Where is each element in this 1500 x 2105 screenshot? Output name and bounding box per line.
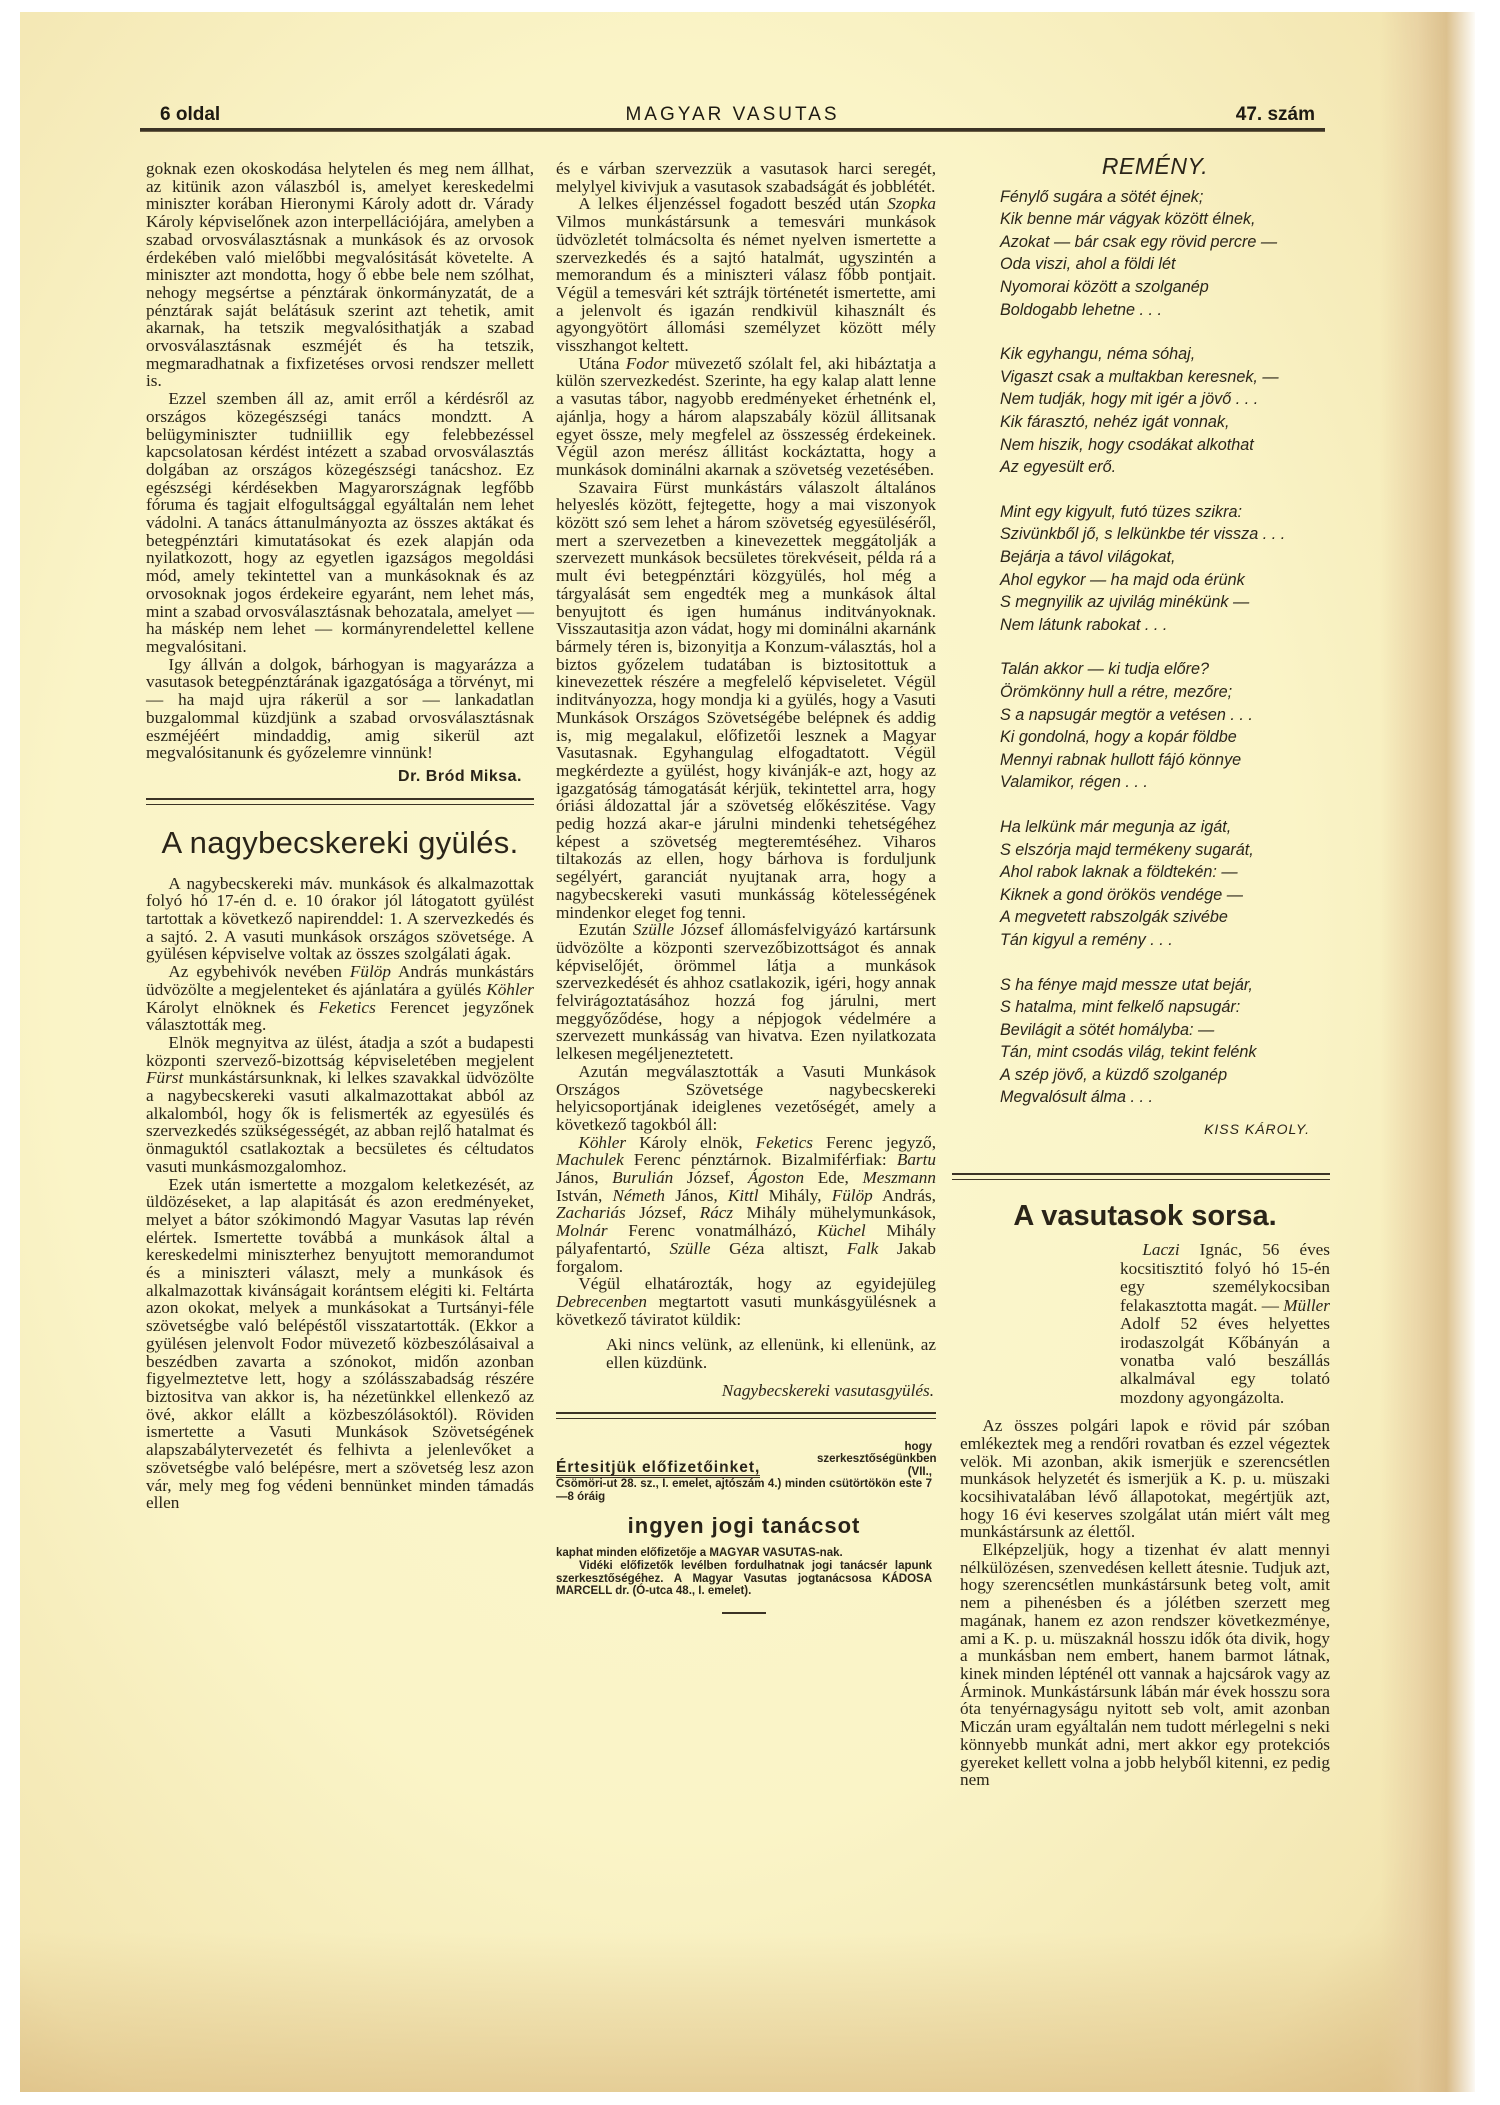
poem-line: Örömkönny hull a rétre, mezőre; [1000,681,1330,704]
telegram-signature: Nagybecskereki vasutasgyülés. [556,1382,936,1400]
paragraph: Igy állván a dolgok, bárhogyan is magyar… [146,656,534,762]
poem-line: Nem látunk rabokat . . . [1000,614,1330,637]
middle-column: és e várban szervezzük a vasutasok harci… [556,160,936,1617]
paragraph: és e várban szervezzük a vasutasok harci… [556,160,936,195]
poem: Fénylő sugára a sötét éjnek;Kik benne má… [960,186,1330,1109]
issue-number: 47. szám [1236,104,1315,126]
paragraph: Utána Fodor müvezető szólalt fel, aki hi… [556,355,936,479]
end-rule [722,1612,766,1617]
paragraph: Elképzeljük, hogy a tizenhat év alatt me… [960,1541,1330,1789]
right-column: REMÉNY. Fénylő sugára a sötét éjnek;Kik … [960,160,1330,1789]
member-name: Zachariás [556,1203,626,1222]
poem-stanza: Kik egyhangu, néma sóhaj,Vigaszt csak a … [1000,343,1330,479]
member-name: Bartu [897,1150,936,1169]
poem-line: S megnyilik az ujvilág minékünk — [1000,591,1330,614]
member-name: Szülle [670,1239,711,1258]
poem-line: Mennyi rabnak hullott fájó könnye [1000,749,1330,772]
paragraph: Végül elhatározták, hogy az egyidejüleg … [556,1275,936,1328]
page-header: 6 oldal MAGYAR VASUTAS 47. szám [150,100,1315,130]
article-headline: A nagybecskereki gyülés. [146,825,534,861]
poem-line: S ha fénye majd messze utat bejár, [1000,974,1330,997]
poem-line: Bejárja a távol világokat, [1000,546,1330,569]
poem-line: Talán akkor — ki tudja előre? [1000,658,1330,681]
paragraph: Azután megválasztották a Vasuti Munkások… [556,1063,936,1134]
poem-line: Nyomorai között a szolganép [1000,276,1330,299]
poem-stanza: S ha fénye majd messze utat bejár,S hata… [1000,974,1330,1110]
poem-line: Kik benne már vágyak között élnek, [1000,208,1330,231]
poem-line: S hatalma, mint felkelő napsugár: [1000,996,1330,1019]
notice-text: kaphat minden előfizetője a MAGYAR VASUT… [556,1547,932,1560]
poem-line: Vigaszt csak a multakban keresnek, — [1000,366,1330,389]
poem-line: S a napsugár megtör a vetésen . . . [1000,704,1330,727]
paragraph: A nagybecskereki máv. munkások és alkalm… [146,875,534,964]
paragraph: Ezzel szemben áll az, amit erről a kérdé… [146,390,534,656]
section-divider [146,798,534,805]
member-name: Németh [613,1186,666,1205]
poem-line: Az egyesült erő. [1000,456,1330,479]
paragraph: Az összes polgári lapok e rövid pár szób… [960,1417,1330,1541]
poem-line: Ahol egykor — ha majd oda érünk [1000,569,1330,592]
poem-line: Nem tudják, hogy mit igér a jövő . . . [1000,388,1330,411]
article-intro: Laczi Ignác, 56 éves kocsitisztitó folyó… [1120,1241,1330,1407]
poem-stanza: Ha lelkünk már megunja az igát,S elszórj… [1000,816,1330,952]
poem-stanza: Fénylő sugára a sötét éjnek;Kik benne má… [1000,186,1330,322]
section-divider [556,1412,936,1419]
poem-line: Mint egy kigyult, futó tüzes szikra: [1000,501,1330,524]
member-name: Meszmann [862,1168,936,1187]
poem-line: Kiknek a gond örökös vendége — [1000,884,1330,907]
poem-line: Nem hiszik, hogy csodákat alkothat [1000,434,1330,457]
telegram-text: Aki nincs velünk, az ellenünk, ki ellenü… [556,1336,936,1371]
paragraph: A lelkes éljenzéssel fogadott beszéd utá… [556,195,936,354]
poem-title: REMÉNY. [960,158,1330,176]
poem-line: Tán kigyul a remény . . . [1000,929,1330,952]
poem-stanza: Mint egy kigyult, futó tüzes szikra:Sziv… [1000,501,1330,637]
member-name: Küchel [817,1221,866,1240]
poem-line: Azokat — bár csak egy rövid percre — [1000,231,1330,254]
member-name: Rácz [700,1203,733,1222]
paragraph: Szavaira Fürst munkástárs válaszolt álta… [556,479,936,922]
paragraph: Ezután Szülle József állomásfelvigyázó k… [556,921,936,1063]
legal-advice-notice: Értesitjük előfizetőinket, hogy szerkesz… [556,1441,936,1617]
notice-lead: Értesitjük előfizetőinket, [556,1462,760,1479]
poem-line: Szivünkből jő, s lelkünkbe tér vissza . … [1000,523,1330,546]
poem-line: Valamikor, régen . . . [1000,771,1330,794]
notice-headline: ingyen jogi tanácsot [556,1511,932,1541]
poem-line: Fénylő sugára a sötét éjnek; [1000,186,1330,209]
poem-line: Megvalósult álma . . . [1000,1086,1330,1109]
members-list: Köhler Károly elnök, Feketics Ferenc jeg… [556,1134,936,1276]
poem-line: Ki gondolná, hogy a kopár földbe [1000,726,1330,749]
member-name: Machulek [556,1150,624,1169]
poem-line: A megvetett rabszolgák szivébe [1000,906,1330,929]
poem-line: Boldogabb lehetne . . . [1000,299,1330,322]
notice-text: Vidéki előfizetők levélben fordulhatnak … [556,1560,932,1598]
member-name: Ágoston [748,1168,804,1187]
poem-line: S elszórja majd termékeny sugarát, [1000,839,1330,862]
poem-line: Kik egyhangu, néma sóhaj, [1000,343,1330,366]
member-name: Molnár [556,1221,608,1240]
poem-line: Tán, mint csodás világ, tekint felénk [1000,1041,1330,1064]
poem-author: KISS KÁROLY. [960,1121,1330,1139]
member-name: Kittl [728,1186,759,1205]
poem-line: Kik fárasztó, nehéz igát vonnak, [1000,411,1330,434]
paragraph: Elnök megnyitva az ülést, átadja a szót … [146,1034,534,1176]
poem-line: Bevilágit a sötét homályba: — [1000,1019,1330,1042]
header-rule [140,128,1325,132]
member-name: Burulián [612,1168,673,1187]
publication-title: MAGYAR VASUTAS [150,104,1315,126]
article-signature: Dr. Bród Miksa. [146,768,534,786]
paragraph: goknak ezen okoskodása helytelen és meg … [146,160,534,390]
paragraph: Ezek után ismertette a mozgalom keletkez… [146,1176,534,1512]
notice-text: Csömöri-ut 28. sz., I. emelet, ajtószám … [556,1478,932,1503]
notice-lead-tail: hogy szerkesztőségünkben (VII., [817,1441,932,1479]
member-name: Feketics [756,1133,813,1152]
poem-line: Ahol rabok laknak a földtekén: — [1000,861,1330,884]
member-name: Fülöp [832,1186,873,1205]
poem-line: Oda viszi, ahol a földi lét [1000,253,1330,276]
paragraph: Az egybehivók nevében Fülöp András munká… [146,963,534,1034]
poem-line: Ha lelkünk már megunja az igát, [1000,816,1330,839]
article-headline: A vasutasok sorsa. [960,1208,1330,1226]
poem-line: A szép jövő, a küzdő szolganép [1000,1064,1330,1087]
member-name: Köhler [578,1133,626,1152]
member-name: Falk [847,1239,879,1258]
poem-stanza: Talán akkor — ki tudja előre?Örömkönny h… [1000,658,1330,794]
section-divider [952,1173,1330,1180]
left-column: goknak ezen okoskodása helytelen és meg … [146,160,534,1512]
